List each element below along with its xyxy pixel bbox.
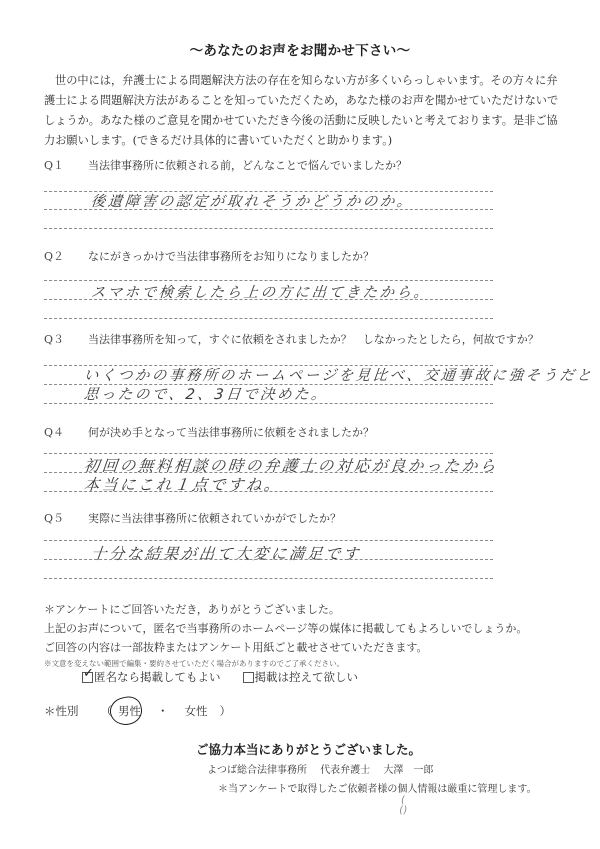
question-label: Q１	[44, 157, 64, 173]
answer-line	[44, 318, 493, 319]
answer-line	[44, 228, 493, 229]
intro-text: 世の中には，弁護士による問題解決方法の存在を知らない方が多くいらっしゃいます。そ…	[44, 71, 564, 151]
question-text: 何が決め手となって当法律事務所に依頼をされましたか？	[88, 424, 374, 440]
privacy-note: ＊当アンケートで取得したご依頼者様の個人情報は厳重に管理します。	[218, 780, 537, 795]
intro-paragraph: 世の中には，弁護士による問題解決方法の存在を知らない方が多くいらっしゃいます。そ…	[44, 71, 564, 151]
gender-option-female[interactable]: 女性	[183, 703, 210, 719]
question-label: Q５	[44, 510, 64, 526]
consent-options: ✓ 匿名なら掲載してもよい 掲載は控えて欲しい	[82, 669, 358, 685]
question-text: 実際に当法律事務所に依頼されていかがでしたか？	[88, 510, 341, 526]
check-icon: ✓	[83, 667, 94, 680]
question-label: Q２	[44, 248, 64, 264]
handwritten-answer: いくつかの事務所のホームページを見比べ、交通事故に強そうだと	[83, 364, 595, 385]
gender-option-male[interactable]: 男性	[116, 703, 143, 719]
answer-line	[44, 491, 493, 492]
rep-title: 代表弁護士	[320, 765, 370, 776]
separator: ・	[157, 703, 169, 719]
answer-line	[44, 209, 493, 210]
close-paren: ）	[220, 703, 232, 719]
question-text: 当法律事務所に依頼される前，どんなことで悩んでいましたか？	[88, 157, 407, 173]
answer-line	[44, 578, 493, 579]
answer-line	[44, 299, 493, 300]
consent-label: 掲載は控えて欲しい	[255, 669, 359, 685]
consent-anonymous-ok[interactable]: ✓ 匿名なら掲載してもよい	[82, 669, 221, 685]
publish-detail: ご回答の内容は一部抜粋またはアンケート用紙ごと載せさせていただきます。	[44, 639, 427, 655]
consent-decline[interactable]: 掲載は控えて欲しい	[243, 669, 359, 685]
checkbox-checked[interactable]: ✓	[82, 672, 93, 683]
rep-name: 大澤 一郎	[383, 765, 433, 776]
question-label: Q４	[44, 424, 64, 440]
gender-field: ＊性別 （ 男性 ・ 女性 ）	[44, 703, 235, 719]
page-title: ～あなたのお声をお聞かせ下さい～	[0, 39, 600, 59]
pen-scribble: (()	[398, 796, 409, 816]
thanks-note: ＊アンケートにご回答いただき，ありがとうございました。	[44, 601, 340, 617]
answer-line	[44, 403, 493, 404]
question-text: なにがきっかけで当法律事務所をお知りになりましたか？	[88, 248, 374, 264]
answer-line	[44, 540, 493, 541]
handwritten-answer: 思ったので、2、3日で決めた。	[83, 383, 329, 404]
handwritten-answer: 十分な結果が出て大変に満足です	[90, 542, 362, 564]
checkbox-unchecked[interactable]	[243, 672, 254, 683]
consent-label: 匿名なら掲載してもよい	[94, 669, 221, 685]
closing-message: ご協力本当にありがとうございました。	[196, 740, 421, 758]
question-text: 当法律事務所を知って，すぐに依頼をされましたか？ しなかったとしたら，何故ですか…	[88, 331, 539, 347]
gender-label: ＊性別	[44, 703, 79, 719]
publish-question: 上記のお声について，匿名で当事務所のホームページ等の媒体に掲載してもよろしいでし…	[44, 620, 527, 636]
signature: よつば総合法律事務所 代表弁護士 大澤 一郎	[207, 761, 443, 776]
firm-name: よつば総合法律事務所	[207, 765, 307, 776]
answer-line	[44, 559, 493, 560]
question-label: Q３	[44, 331, 64, 347]
handwritten-answer: 後遺障害の認定が取れそうかどうかのか。	[90, 190, 415, 211]
